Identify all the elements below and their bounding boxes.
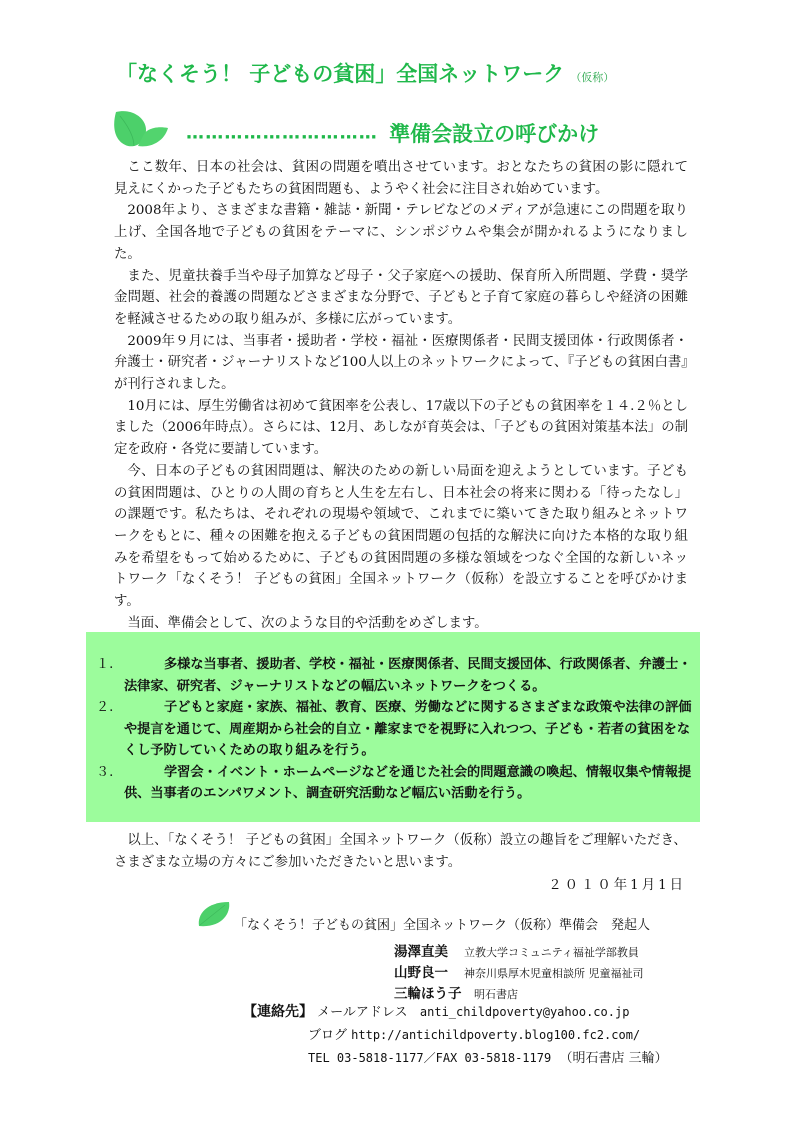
founder-name: 山野良一 (394, 961, 460, 981)
paragraph: 2009年９月には、当事者・援助者・学校・福祉・医療関係者・民間支援団体・行政関… (114, 331, 688, 396)
paragraph: 今、日本の子どもの貧困問題は、解決のための新しい局面を迎えようとしています。子ど… (114, 461, 688, 613)
goal-text: 多様な当事者、援助者、学校・福祉・医療関係者、民間支援団体、行政関係者、弁護士・… (124, 657, 692, 694)
goal-number: ２. (96, 697, 113, 719)
contact-section: 【連絡先】 メールアドレス anti_childpoverty@yahoo.co… (243, 1001, 668, 1070)
blog-url[interactable]: http://antichildpoverty.blog100.fc2.com/ (351, 1028, 640, 1042)
contact-phone-row: TEL 03-5818-1177／FAX 03-5818-1179 （明石書店 … (243, 1047, 668, 1070)
paragraph: 10月には、厚生労働省は初めて貧困率を公表し、17歳以下の子どもの貧困率を１４.… (114, 396, 688, 461)
goal-item: ３.学習会・イベント・ホームページなどを通じた社会的問題意識の喚起、情報収集や情… (96, 762, 696, 805)
paragraph: また、児童扶養手当や母子加算など母子・父子家庭への援助、保育所入所問題、学費・奨… (114, 266, 688, 331)
document-title: 「なくそう！ 子どもの貧困」全国ネットワーク（仮称） (116, 58, 614, 88)
body-text: ここ数年、日本の社会は、貧困の問題を噴出させています。おとなたちの貧困の影に隠れ… (114, 157, 688, 634)
founder-row: 山野良一 神奈川県厚木児童相談所 児童福祉司 (394, 961, 644, 982)
goals-list: １.多様な当事者、援助者、学校・福祉・医療関係者、民間支援団体、行政関係者、弁護… (96, 654, 696, 805)
goal-number: １. (96, 654, 113, 676)
contact-blog-row: ブログ http://antichildpoverty.blog100.fc2.… (243, 1024, 668, 1047)
title-suffix: （仮称） (570, 71, 614, 84)
founder-row: 湯澤直美 立教大学コミュニティ福祉学部教員 (394, 940, 644, 961)
closing-paragraph: 以上、「なくそう！ 子どもの貧困」全国ネットワーク（仮称）設立の趣旨をご理解いた… (114, 830, 688, 873)
title-text: 「なくそう！ 子どもの貧困」全国ネットワーク (116, 62, 564, 86)
goals-box: １.多様な当事者、援助者、学校・福祉・医療関係者、民間支援団体、行政関係者、弁護… (86, 632, 700, 822)
goal-item: ２.子どもと家庭・家族、福祉、教育、医療、労働などに関するさまざまな政策や法律の… (96, 697, 696, 762)
founder-row: 三輪ほう子 明石書店 (394, 982, 644, 1003)
closing-text: 以上、「なくそう！ 子どもの貧困」全国ネットワーク（仮称）設立の趣旨をご理解いた… (114, 830, 688, 873)
founder-affiliation: 神奈川県厚木児童相談所 児童福祉司 (464, 965, 644, 981)
phone-note: （明石書店 三輪） (559, 1051, 667, 1066)
founder-affiliation: 明石書店 (474, 986, 518, 1002)
organization-signature: 「なくそう！子どもの貧困」全国ネットワーク（仮称）準備会 発起人 (234, 914, 650, 933)
blog-label: ブログ (308, 1028, 347, 1043)
contact-label: 【連絡先】 (243, 1004, 313, 1020)
document-subtitle: 準備会設立の呼びかけ (389, 122, 599, 146)
email-label: メールアドレス (317, 1005, 407, 1020)
goal-item: １.多様な当事者、援助者、学校・福祉・医療関係者、民間支援団体、行政関係者、弁護… (96, 654, 696, 697)
contact-email-row: 【連絡先】 メールアドレス anti_childpoverty@yahoo.co… (243, 1001, 668, 1024)
subtitle-row: ………………………… 準備会設立の呼びかけ (186, 118, 599, 148)
goal-text: 学習会・イベント・ホームページなどを通じた社会的問題意識の喚起、情報収集や情報提… (124, 765, 691, 802)
founder-affiliation: 立教大学コミュニティ福祉学部教員 (464, 944, 639, 960)
paragraph: 2008年より、さまざまな書籍・雑誌・新聞・テレビなどのメディアが急速にこの問題… (114, 200, 688, 265)
founder-name: 湯澤直美 (394, 940, 460, 960)
goal-number: ３. (96, 762, 113, 784)
phone-fax: TEL 03-5818-1177／FAX 03-5818-1179 (308, 1051, 551, 1065)
goal-text: 子どもと家庭・家族、福祉、教育、医療、労働などに関するさまざまな政策や法律の評価… (124, 700, 692, 758)
leaf-icon (110, 100, 170, 150)
document-date: ２０１０年1月1日 (548, 874, 686, 893)
leader-dots: ………………………… (186, 123, 378, 144)
leaf-icon (197, 900, 231, 928)
founders-list: 湯澤直美 立教大学コミュニティ福祉学部教員 山野良一 神奈川県厚木児童相談所 児… (394, 940, 644, 1003)
paragraph: ここ数年、日本の社会は、貧困の問題を噴出させています。おとなたちの貧困の影に隠れ… (114, 157, 688, 200)
email-address[interactable]: anti_childpoverty@yahoo.co.jp (420, 1005, 630, 1019)
founder-name: 三輪ほう子 (394, 982, 470, 1002)
